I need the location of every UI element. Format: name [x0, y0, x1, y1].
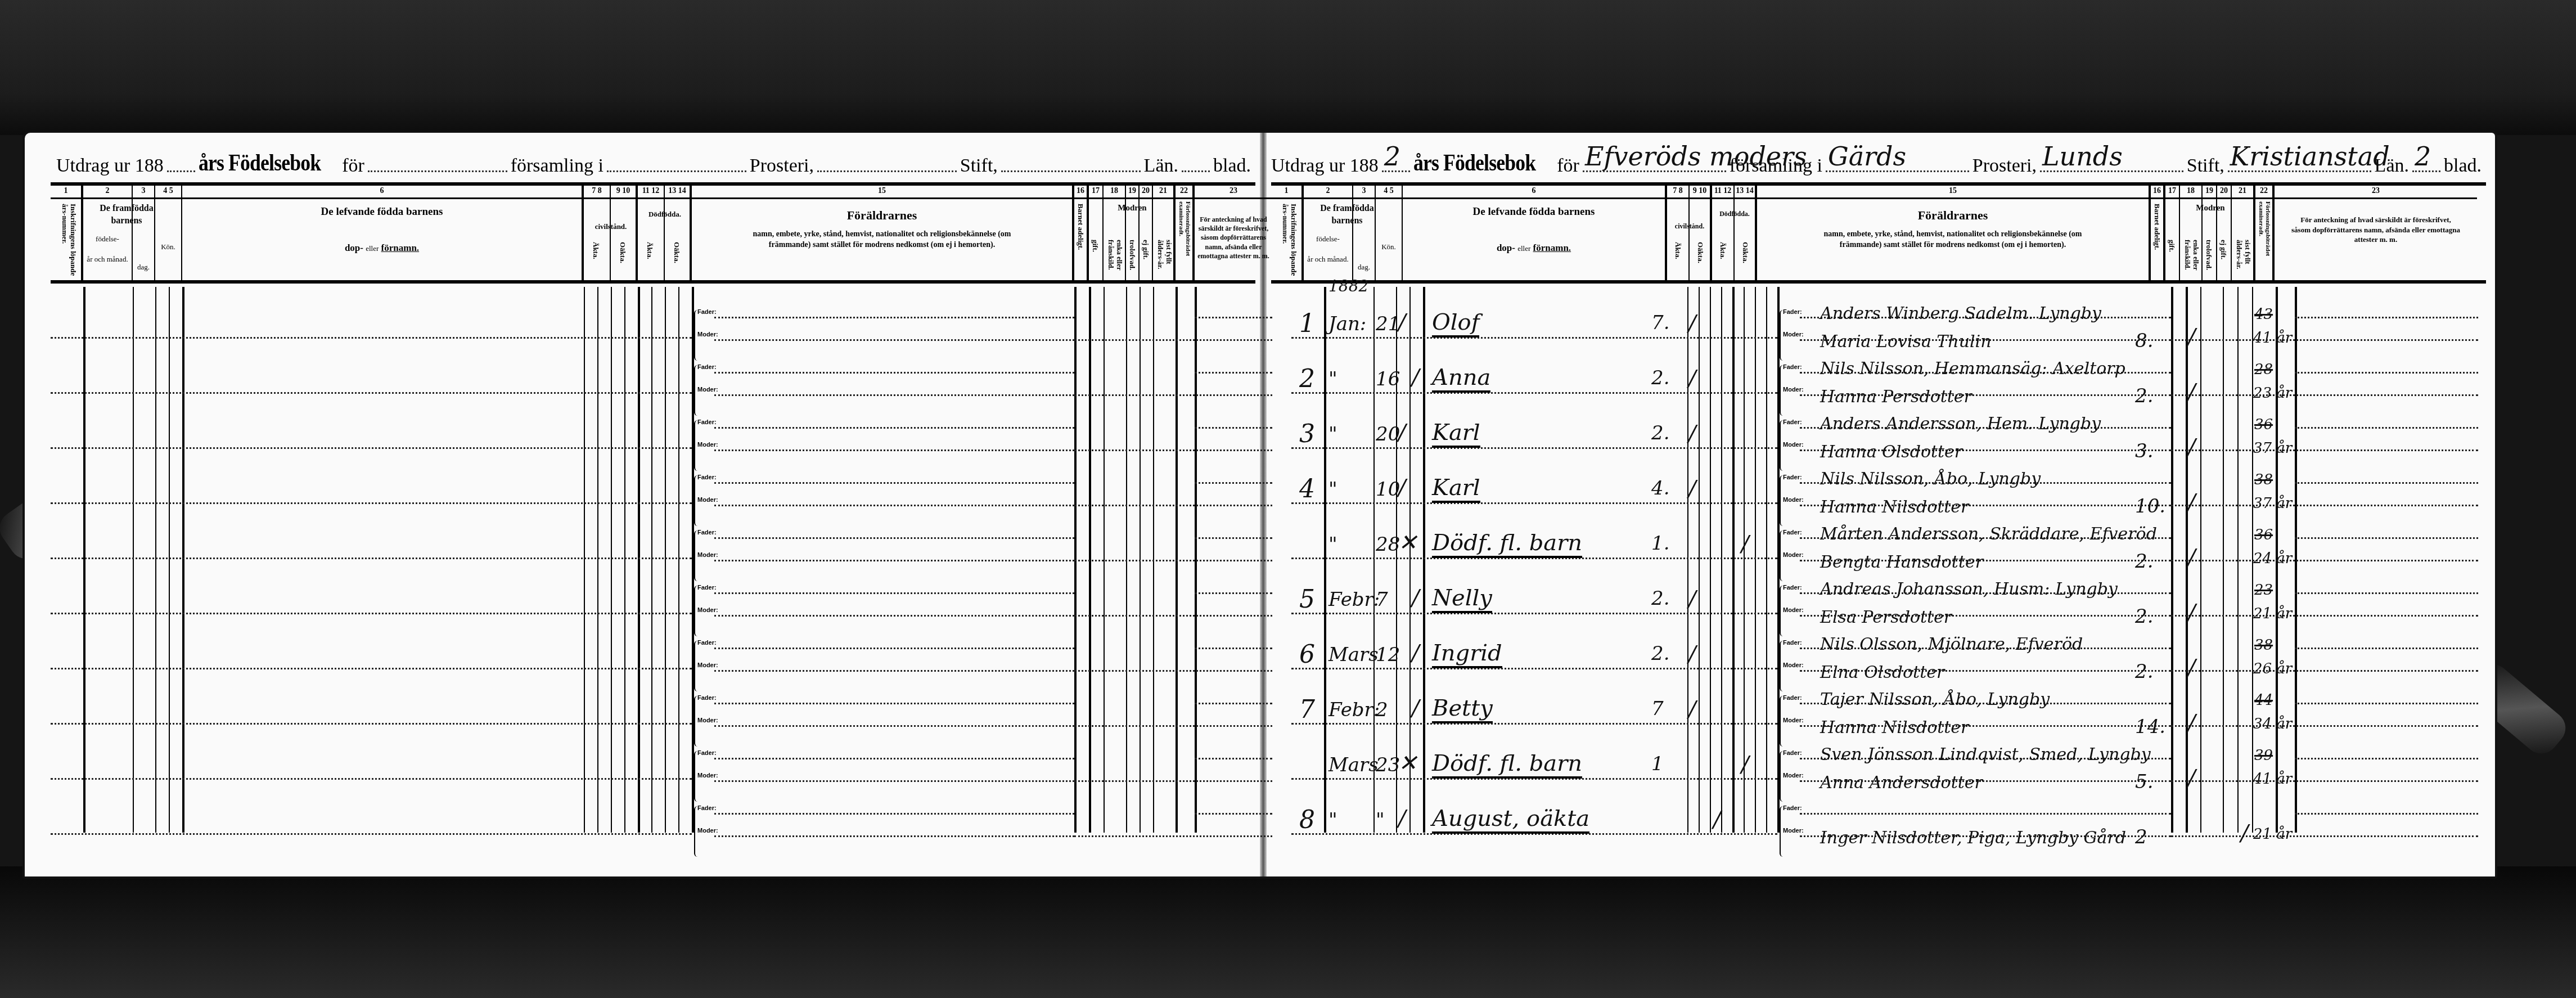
mother-married-mark: /	[2188, 655, 2195, 681]
county-label: Län.	[1144, 155, 1178, 177]
col-19-header: 19trolofvad.	[1126, 186, 1140, 280]
col-20-label: ej gift.	[1142, 240, 1150, 259]
col-1314-header: 13 14Oäkta.	[1735, 186, 1757, 280]
col-1-label: Inskrifningens löpande års-nummer.	[61, 204, 77, 282]
moder-label: Moder:	[697, 386, 718, 393]
col-num: 19	[2203, 187, 2216, 199]
table-row: 5Febr:7/Nelly2./Andreas Johansson, Husm:…	[1291, 585, 2478, 640]
col-6-fornamn: förnamn.	[381, 242, 420, 253]
fader-label: Fader:	[697, 309, 717, 316]
birth-day: 12	[1376, 644, 1400, 666]
mother-age: 41 år	[2253, 330, 2292, 347]
table-row: 3"20/Karl2./Anders Andersson, Hem. Lyngb…	[1291, 420, 2478, 475]
moder-label: Moder:	[697, 828, 718, 834]
sheet-handwritten: 2	[2415, 141, 2431, 172]
year-field: 2	[1382, 150, 1410, 172]
moder-rule	[714, 615, 1074, 617]
oakta-label: Oäkta.	[619, 242, 627, 263]
col-23-header: 23För anteckning af hvad särskildt är fö…	[1195, 186, 1272, 280]
title-prefix: Utdrag ur	[1271, 155, 1345, 177]
row-rule	[51, 723, 692, 725]
birth-month: Mars	[1328, 754, 1379, 776]
col-num: 7 8	[1667, 187, 1688, 199]
col-15-title: Föräldrarnes	[1759, 207, 2146, 224]
birth-day: 10	[1376, 478, 1400, 501]
col-45-label: Kön.	[155, 242, 181, 252]
col-16-label: Barnet adeligt.	[2153, 204, 2161, 250]
fader-rule	[714, 482, 1074, 484]
col-num: 6	[1403, 187, 1665, 199]
child-name: Ingrid	[1432, 640, 1502, 668]
father-entry: Tajer Nilsson, Åbo, Lyngby	[1820, 690, 2050, 709]
moder-rule	[714, 394, 1074, 396]
mother-birth-order: 2	[2135, 826, 2147, 848]
col-num: 18	[1104, 187, 1125, 199]
sex-mark: /	[1398, 420, 1406, 446]
row-rule	[1195, 372, 1272, 374]
col-16-label: Barnet adeligt.	[1077, 204, 1084, 250]
row-rule	[1074, 725, 1272, 727]
row-rule	[1195, 482, 1272, 484]
col-21-header: 21sist fyllt ålders-år.	[2232, 186, 2255, 280]
birth-month: Febr:	[1328, 588, 1380, 611]
col-num: 17	[1089, 187, 1102, 199]
entry-number: 6	[1299, 640, 1315, 669]
entry-number: 4	[1299, 475, 1315, 504]
father-entry: Anders Andersson, Hem. Lyngby	[1820, 414, 2101, 434]
col-17-header: 17gift.	[2165, 186, 2180, 280]
col-6-eller: eller	[366, 244, 379, 253]
dodfodda-group: Dödfödda.	[1712, 209, 1757, 218]
col-2-sub: födelse-	[1306, 234, 1350, 244]
col-45-header: 4 5Kön.	[1376, 186, 1403, 280]
modren-group: Modren	[2165, 203, 2255, 214]
col-18-header: 18enka eller frånskild.	[2180, 186, 2203, 280]
mother-birth-order: 14.	[2135, 716, 2165, 738]
col-6-header: 6De lefvande födda barnensdop- eller för…	[1403, 186, 1667, 280]
mother-birth-order: 5.	[2135, 771, 2153, 793]
col-3-header: 3dag.	[133, 186, 155, 280]
fader-label: Fader:	[697, 695, 717, 702]
grid-line	[665, 287, 666, 833]
mother-entry: Elsa Persdotter	[1820, 608, 1952, 627]
birth-order: 1.	[1651, 532, 1669, 555]
col-18-label: enka eller frånskild.	[1107, 240, 1123, 280]
col-num: 3	[133, 187, 154, 199]
left-header-table: 1Inskrifningens löpande års-nummer. 2föd…	[51, 182, 1255, 284]
akta-label: Äkta.	[1719, 242, 1727, 259]
sex-mark: /	[1412, 365, 1419, 390]
row-rule	[1074, 449, 1272, 451]
row-rule	[51, 558, 692, 559]
col-22-label: Förlossningsbiträdet examineradt.	[1178, 201, 1191, 280]
birth-month: "	[1328, 423, 1337, 446]
mother-age: 21 år	[2253, 605, 2292, 622]
mother-entry: Hanna Olsdotter	[1820, 442, 1962, 462]
parish-field	[368, 150, 507, 172]
row-rule	[51, 833, 692, 835]
birth-month: "	[1328, 478, 1337, 501]
row-rule	[1074, 505, 1272, 506]
row-rule	[1074, 615, 1272, 617]
sex-mark: /	[1398, 309, 1406, 335]
col-19-label: trolofvad.	[2205, 240, 2213, 270]
deanery-field: Lunds	[2040, 150, 2183, 172]
father-age: 28	[2254, 361, 2273, 378]
father-age: 38	[2254, 471, 2273, 488]
table-row: 7Febr:2/Betty7/Tajer Nilsson, Åbo, Lyngb…	[1291, 695, 2478, 750]
deanery-handwritten: Lunds	[2042, 141, 2123, 172]
birth-order: 2.	[1651, 642, 1669, 665]
diocese-handwritten: Kristianstad	[2230, 141, 2390, 172]
district-field	[607, 150, 746, 172]
oakta-label: Oäkta.	[673, 242, 681, 263]
right-header-table: 1Inskrifningens löpande års-nummer. 2föd…	[1271, 182, 2486, 284]
birth-day: 7	[1376, 588, 1388, 611]
mother-age: 41 år	[2253, 771, 2292, 788]
civil-group: civilstånd.	[1667, 222, 1712, 231]
father-entry: Mårten Andersson, Skräddare, Efveröd	[1820, 524, 2157, 544]
father-entry: Anders Winberg Sadelm. Lyngby	[1820, 304, 2101, 323]
col-num: 9 10	[1690, 187, 1710, 199]
col-21-header: 21sist fyllt ålders-år.	[1153, 186, 1176, 280]
row-rule	[1195, 758, 1272, 759]
col-2-ym: år och månad.	[1306, 254, 1350, 264]
mother-age: 26 år	[2253, 660, 2292, 677]
title-year-prefix: 188	[1350, 155, 1379, 177]
title-book: års Födelsebok	[199, 150, 321, 177]
col-num: 15	[1757, 187, 2149, 199]
child-name: Dödf. fl. barn	[1432, 530, 1582, 558]
col-16-header: 16Barnet adeligt.	[1074, 186, 1089, 280]
moder-rule	[714, 780, 1074, 782]
row-rule	[51, 392, 692, 394]
year-handwritten: 2	[1384, 141, 1400, 172]
col-1112-header: 11 12Äkta.	[638, 186, 665, 280]
parish-label: församling i	[511, 155, 604, 177]
moder-label: Moder:	[697, 662, 718, 669]
col-1-header: 1Inskrifningens löpande års-nummer.	[51, 186, 83, 280]
col-num: 20	[2217, 187, 2231, 199]
modren-group: Modren	[1089, 203, 1176, 214]
legitimate-mark: /	[1688, 311, 1696, 336]
moder-label: Moder:	[697, 772, 718, 779]
fader-rule	[714, 648, 1074, 649]
diocese-label: Stift,	[2187, 155, 2224, 177]
mother-birth-order: 2.	[2135, 660, 2153, 683]
mother-entry: Hanna Nilsdotter	[1820, 497, 1969, 517]
birth-day: "	[1376, 809, 1385, 831]
mother-entry: Elna Olsdotter	[1820, 663, 1944, 682]
mother-age: 24 år	[2253, 550, 2292, 567]
fader-label: Fader:	[697, 529, 717, 536]
title-for: för	[1557, 155, 1579, 177]
col-num: 2	[83, 187, 132, 199]
right-body-grid: Fader:Moder:Fader:Moder:Fader:Moder:Fade…	[1291, 287, 2486, 855]
moder-rule	[714, 560, 1074, 561]
table-row: 8""/August, oäkta/Inger Nilsdotter, Piga…	[1291, 806, 2478, 861]
table-row: "28✕Dödf. fl. barn1./Mårten Andersson, S…	[1291, 530, 2478, 585]
col-num: 6	[182, 187, 582, 199]
father-entry: Andreas Johansson, Husm: Lyngby	[1820, 579, 2118, 599]
table-row: 2"16/Anna2./Nils Nilsson, Hemmansäg: Axe…	[1291, 365, 2478, 420]
col-19-header: 19trolofvad.	[2203, 186, 2217, 280]
col-17-header: 17gift.	[1089, 186, 1104, 280]
row-rule	[1195, 537, 1272, 539]
mother-married-mark: /	[2188, 600, 2195, 626]
mother-married-mark: /	[2188, 545, 2195, 570]
right-page: Utdrag ur 188 2 års Födelsebok för Efver…	[1267, 133, 2493, 876]
entry-number: 1	[1299, 309, 1315, 338]
col-num: 4 5	[1376, 187, 1402, 199]
row-rule	[1074, 780, 1272, 782]
father-age: 39	[2254, 747, 2273, 764]
fader-label: Fader:	[697, 364, 717, 371]
col-num: 21	[1153, 187, 1173, 199]
moder-rule	[714, 670, 1074, 672]
col-23-label: För anteckning af hvad särskildt är före…	[2291, 215, 2460, 245]
mother-age: 34 år	[2253, 716, 2292, 732]
fader-rule	[714, 317, 1074, 318]
col-1112-header: 11 12Äkta.	[1712, 186, 1735, 280]
col-num: 11 12	[638, 187, 664, 199]
moder-label: Moder:	[697, 497, 718, 504]
row-rule	[51, 668, 692, 669]
birth-month: "	[1328, 809, 1337, 831]
col-15-header: 15Föräldrarnesnamn, embete, yrke, stånd,…	[1757, 186, 2151, 280]
col-6-fornamn: förnamn.	[1533, 242, 1571, 253]
col-21-label: sist fyllt ålders-år.	[2235, 240, 2251, 280]
deanery-field	[817, 150, 957, 172]
entry-number: 3	[1299, 420, 1315, 448]
register-book: Utdrag ur 188 års Födelsebok för församl…	[22, 131, 2497, 879]
row-rule	[1195, 648, 1272, 649]
col-num: 16	[1074, 187, 1087, 199]
moder-rule	[714, 505, 1074, 506]
illegitimate-mark: /	[1713, 807, 1721, 833]
mother-married-mark: /	[2188, 324, 2195, 350]
row-rule	[51, 778, 692, 780]
col-num: 13 14	[1735, 187, 1755, 199]
moder-rule	[714, 449, 1074, 451]
civil-group: civilstånd.	[584, 222, 638, 232]
col-45-label: Kön.	[1376, 242, 1402, 252]
col-78-header: 7 8Äkta.	[584, 186, 611, 280]
col-num: 20	[1140, 187, 1152, 199]
father-age: 44	[2254, 692, 2273, 709]
fader-rule	[714, 813, 1074, 815]
year-field	[167, 150, 195, 172]
grid-line	[651, 287, 652, 833]
row-rule	[51, 447, 692, 449]
col-17-label: gift.	[1091, 240, 1099, 252]
col-num: 2	[1304, 187, 1352, 199]
col-num: 11 12	[1712, 187, 1733, 199]
col-18-label: enka eller frånskild.	[2183, 240, 2200, 280]
col-20-header: 20ej gift.	[1140, 186, 1153, 280]
col-num: 23	[2275, 187, 2477, 199]
row-rule	[51, 502, 692, 504]
title-book: års Födelsebok	[1413, 150, 1535, 177]
mother-married-mark: /	[2188, 489, 2195, 515]
col-num: 22	[2255, 187, 2272, 199]
col-23-header: 23För anteckning af hvad särskildt är fö…	[2275, 186, 2477, 280]
legitimate-mark: /	[1688, 586, 1696, 612]
title-prefix: Utdrag ur	[56, 155, 130, 177]
birth-day: 2	[1376, 699, 1388, 721]
fader-rule	[714, 592, 1074, 594]
col-16-header: 16Barnet adeligt.	[2151, 186, 2165, 280]
col-2-header: 2födelse-år och månad.	[1304, 186, 1353, 280]
district-field: Gärds	[1826, 150, 1969, 172]
col-num: 22	[1176, 187, 1192, 199]
sex-mark: /	[1398, 475, 1406, 501]
mother-birth-order: 2.	[2135, 605, 2153, 628]
col-num: 19	[1126, 187, 1138, 199]
akta-label: Äkta.	[592, 242, 600, 259]
col-3-label: dag.	[1353, 262, 1375, 272]
sex-mark: ✕	[1398, 530, 1417, 556]
fader-rule	[714, 537, 1074, 539]
akta-label: Äkta.	[1674, 242, 1682, 259]
col-15-text: namn, embete, yrke, stånd, hemvist, nati…	[742, 230, 1021, 251]
col-num: 3	[1353, 187, 1375, 199]
legitimate-mark: /	[1688, 476, 1696, 502]
grid-line	[597, 287, 598, 833]
col-num: 1	[1271, 187, 1301, 199]
title-year-prefix: 188	[135, 155, 164, 177]
dodfodda-group: Dödfödda.	[638, 209, 692, 219]
fader-rule	[714, 427, 1074, 429]
sex-mark: /	[1412, 585, 1419, 611]
title-for: för	[342, 155, 364, 177]
mother-entry: Anna Andersdotter	[1820, 773, 1983, 793]
oakta-label: Oäkta.	[1696, 242, 1704, 263]
mother-birth-order: 3.	[2135, 440, 2153, 462]
table-row: 1Jan:21/Olof7./Anders Winberg Sadelm. Ly…	[1291, 309, 2478, 365]
col-num: 15	[692, 187, 1072, 199]
mother-age: 21 år	[2253, 826, 2292, 843]
moder-label: Moder:	[697, 607, 718, 614]
mother-birth-order: 8.	[2135, 330, 2153, 352]
child-name: Karl	[1432, 420, 1480, 448]
fader-rule	[714, 703, 1074, 704]
left-body-grid: Fader:Moder:Fader:Moder:Fader:Moder:Fade…	[51, 287, 1255, 855]
father-age: 36	[2254, 527, 2273, 543]
fader-label: Fader:	[697, 805, 717, 812]
col-3-header: 3dag.	[1353, 186, 1376, 280]
father-age: 23	[2254, 582, 2273, 599]
col-num: 16	[2151, 187, 2163, 199]
col-6-group: De lefvande födda barnens	[184, 205, 579, 219]
col-6-header: 6De lefvande födda barnensdop- eller för…	[182, 186, 584, 280]
birth-order: 2.	[1651, 367, 1669, 389]
diocese-field	[1001, 150, 1141, 172]
birth-order: 2.	[1651, 422, 1669, 444]
col-20-header: 20ej gift.	[2217, 186, 2232, 280]
col-6-dop: dop-	[345, 242, 363, 253]
right-title-line: Utdrag ur 188 2 års Födelsebok för Efver…	[1271, 145, 2482, 177]
mother-birth-order: 2.	[2135, 385, 2153, 407]
grid-line	[182, 287, 184, 833]
col-6-dop: dop-	[1497, 242, 1515, 253]
birth-month: Mars	[1328, 644, 1379, 666]
entry-number: 7	[1299, 695, 1315, 724]
col-45-header: 4 5Kön.	[155, 186, 182, 280]
grid-line	[169, 287, 170, 833]
child-name: Nelly	[1432, 585, 1492, 613]
col-1314-header: 13 14Oäkta.	[665, 186, 692, 280]
sheet-field	[1182, 150, 1210, 172]
col-1-label: Inskrifningens löpande års-nummer.	[1281, 204, 1298, 282]
col-num: 17	[2165, 187, 2179, 199]
birth-order: 7	[1651, 698, 1664, 720]
father-entry: Nils Nilsson, Hemmansäg: Axeltorp	[1820, 359, 2125, 379]
moder-rule	[714, 339, 1074, 341]
left-page: Utdrag ur 188 års Födelsebok för församl…	[30, 133, 1262, 876]
birth-order: 7.	[1651, 312, 1669, 334]
legitimate-mark: /	[1688, 641, 1696, 667]
year-annotation: 1882	[1328, 277, 1368, 295]
mother-entry: Hanna Persdotter	[1820, 387, 1972, 407]
col-22-label: Förlossningsbiträdet examineradt.	[2258, 201, 2271, 280]
oakta-label: Oäkta.	[1741, 242, 1749, 263]
legitimate-mark: /	[1688, 366, 1696, 392]
background-bottom	[0, 866, 2576, 998]
col-num: 21	[2232, 187, 2253, 199]
col-2-ym: år och månad.	[85, 254, 129, 264]
mother-married-mark: /	[2188, 765, 2195, 791]
col-15-header: 15Föräldrarnesnamn, embete, yrke, stånd,…	[692, 186, 1074, 280]
entry-number: 8	[1299, 806, 1315, 834]
sex-mark: ✕	[1398, 750, 1417, 776]
father-age: 43	[2254, 306, 2273, 323]
table-row: 6Mars12/Ingrid2./Nils Olsson, Mjölnare, …	[1291, 640, 2478, 695]
grid-line	[584, 287, 585, 833]
moder-rule	[714, 725, 1074, 727]
parish-handwritten: Efveröds moders	[1585, 141, 1807, 172]
father-entry: Sven Jönsson Lindqvist, Smed, Lyngby	[1820, 745, 2151, 765]
mother-married-mark: /	[2188, 434, 2195, 460]
sex-mark: /	[1412, 640, 1419, 666]
birth-order: 4.	[1651, 477, 1669, 500]
birth-month: Febr:	[1328, 699, 1380, 721]
entry-number: 2	[1299, 365, 1315, 393]
moder-label: Moder:	[697, 442, 718, 448]
col-78-header: 7 8Äkta.	[1667, 186, 1690, 280]
deanery-label: Prosteri,	[750, 155, 814, 177]
col-15-text: namn, embete, yrke, stånd, hemvist, nati…	[1808, 230, 2098, 251]
entry-number: 5	[1299, 585, 1315, 614]
fader-label: Fader:	[697, 750, 717, 757]
fader-label: Fader:	[697, 640, 717, 646]
legitimate-mark: /	[1688, 421, 1696, 447]
father-entry: Nils Nilsson, Åbo, Lyngby	[1820, 469, 2041, 489]
fader-label: Fader:	[697, 585, 717, 591]
col-num: 1	[51, 187, 81, 199]
col-21-label: sist fyllt ålders-år.	[1156, 240, 1173, 280]
row-rule	[1074, 339, 1272, 341]
moder-rule	[714, 835, 1074, 837]
grid-line	[624, 287, 625, 833]
row-rule	[1074, 394, 1272, 396]
col-20-label: ej gift.	[2219, 240, 2227, 259]
stillborn-mark: /	[1741, 752, 1749, 777]
child-name: Dödf. fl. barn	[1432, 750, 1582, 779]
sheet-field: 2	[2412, 150, 2440, 172]
col-2-header: 2födelse-år och månad.	[83, 186, 133, 280]
sheet-label: blad.	[2444, 155, 2482, 177]
